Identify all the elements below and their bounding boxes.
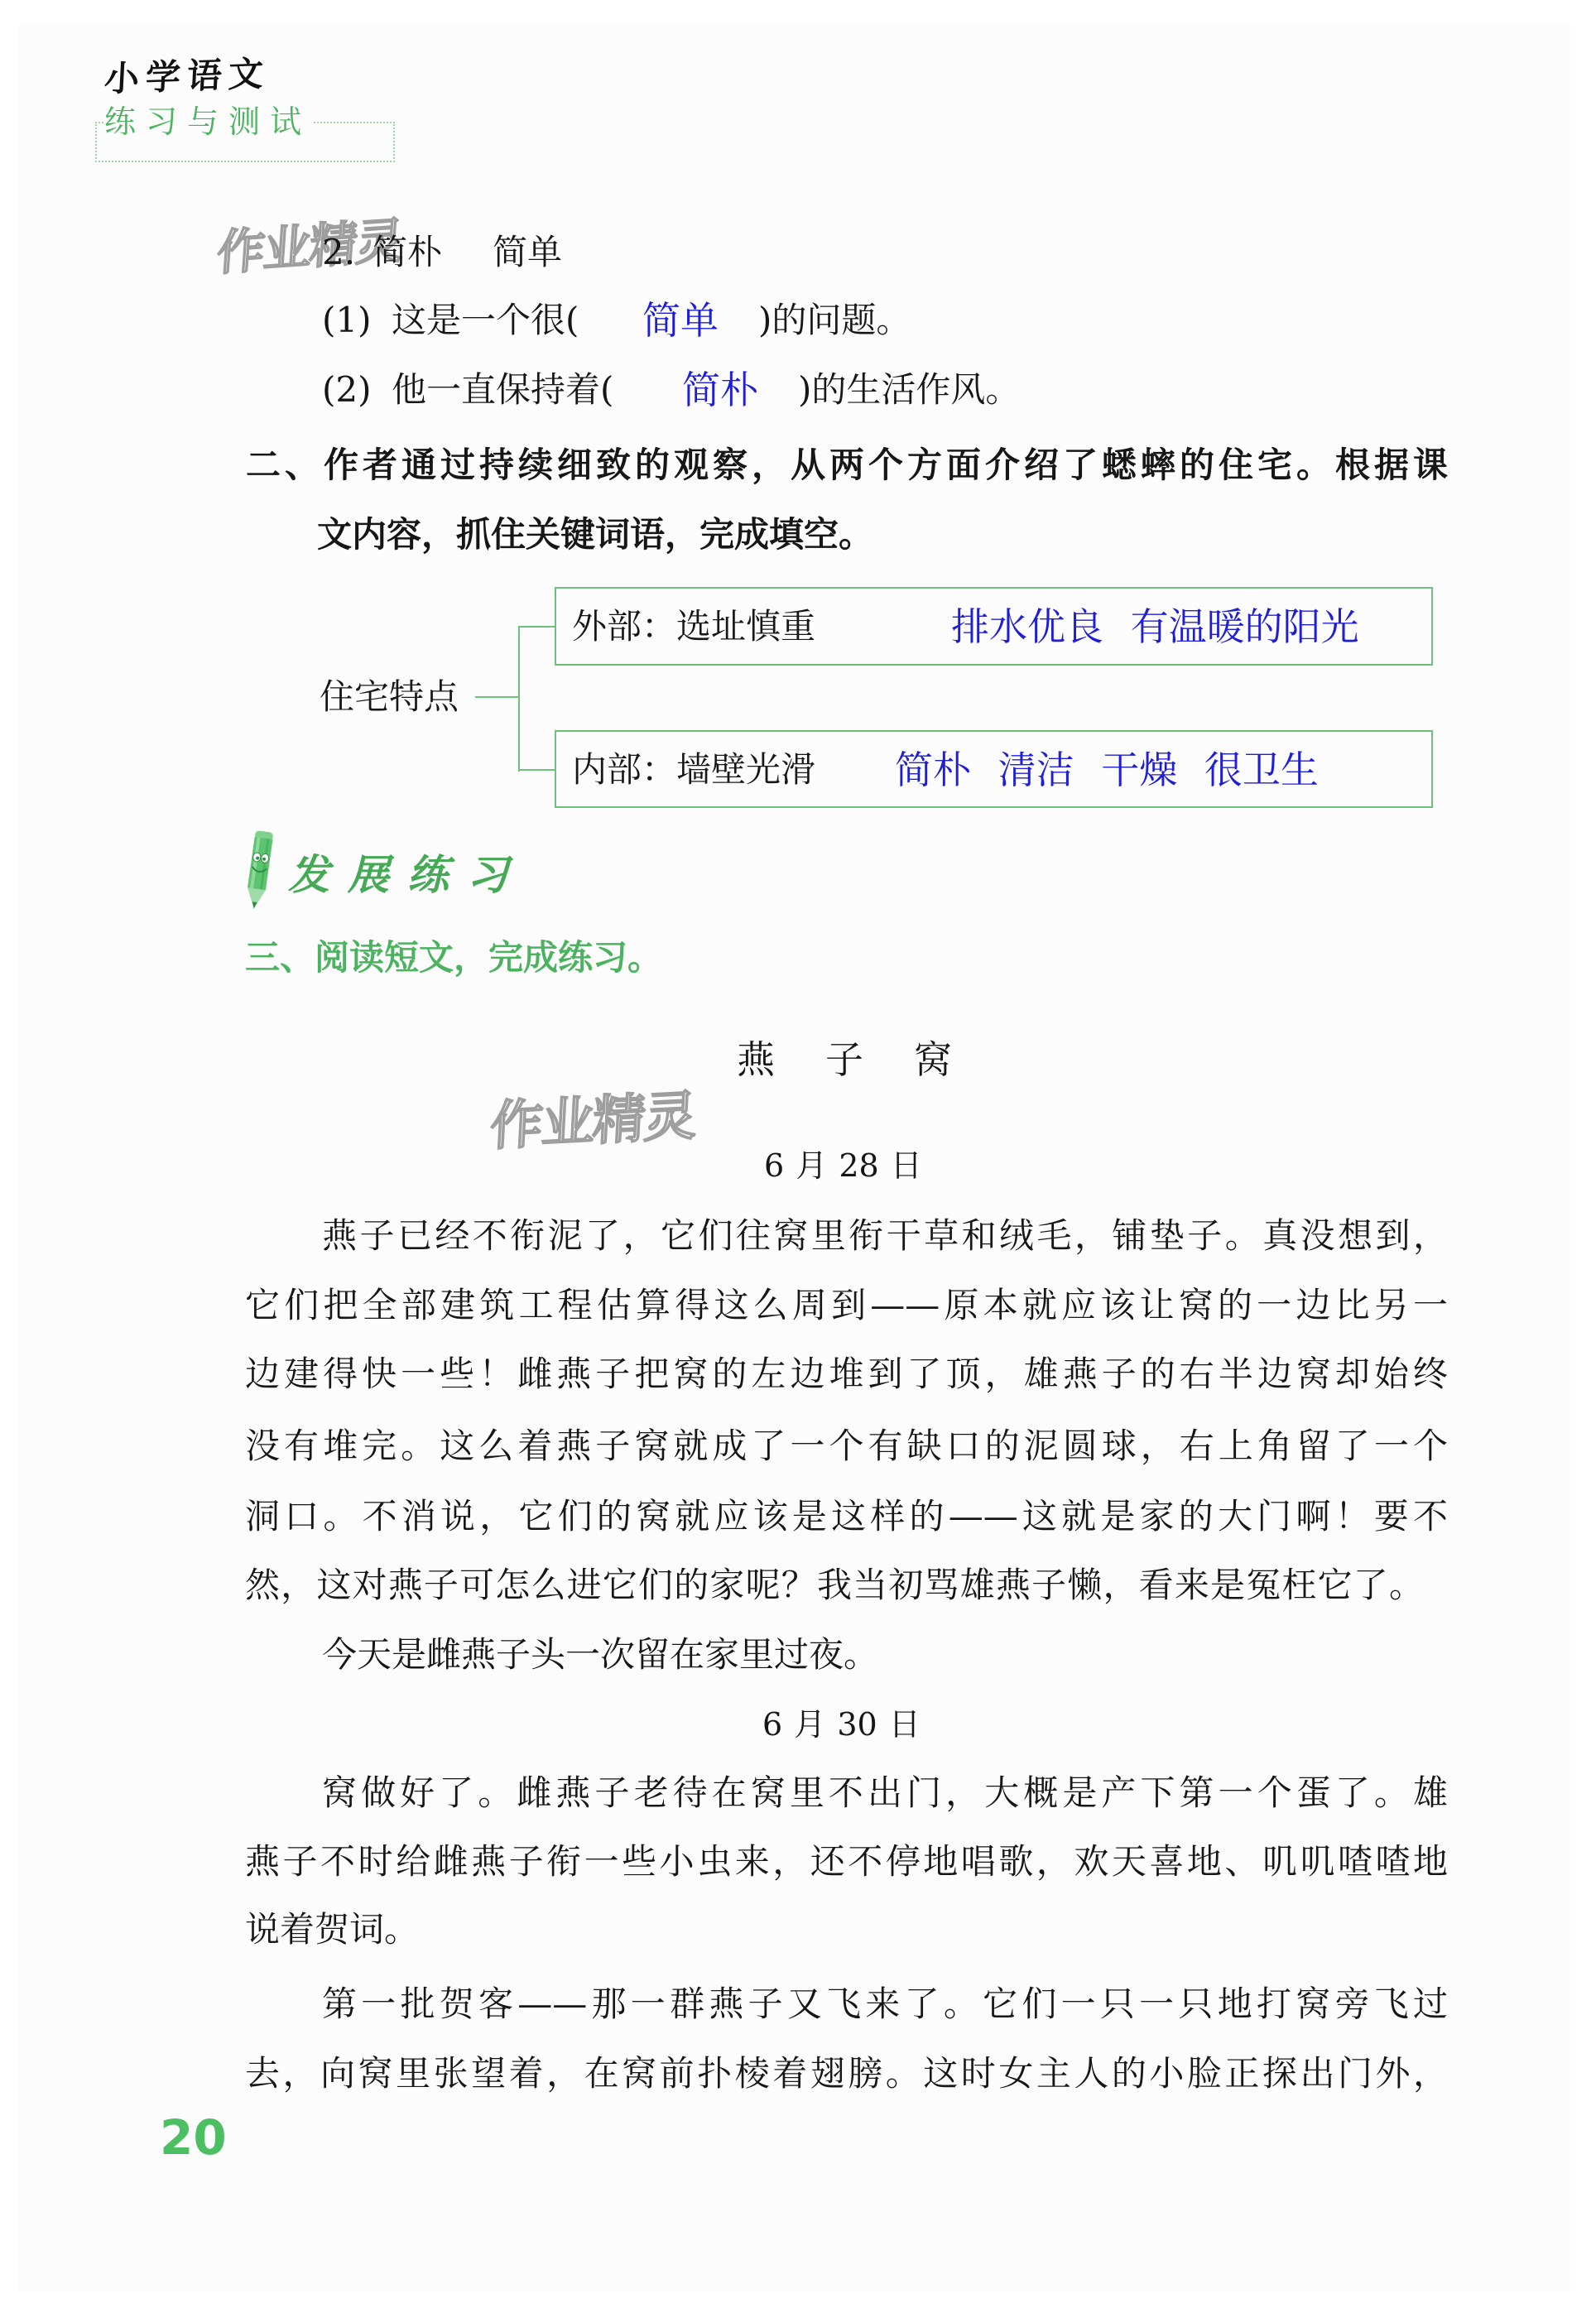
passage-line: 它们把全部建筑工程估算得这么周到——原本就应该让窝的一边比另一 xyxy=(245,1281,1448,1330)
word-option: 简单 xyxy=(493,228,562,277)
page-number: 20 xyxy=(160,2111,227,2164)
exterior-answer: 排水优良 有温暖的阳光 xyxy=(951,602,1359,652)
pencil-icon xyxy=(240,830,278,912)
passage-title: 燕子窝 xyxy=(737,1035,1002,1084)
sentence-text-after: )的问题。 xyxy=(758,296,911,345)
diagram-root-label: 住宅特点 xyxy=(320,672,459,722)
passage-line: 燕子已经不衔泥了，它们往窝里衔干草和绒毛，铺垫子。真没想到， xyxy=(322,1211,1448,1261)
section-2-prompt-line: 文内容，抓住关键词语，完成填空。 xyxy=(317,510,873,560)
interior-label: 内部：墙壁光滑 xyxy=(572,745,815,795)
sentence-text-before: 这是一个很( xyxy=(392,296,579,345)
answer-blank: 简朴 xyxy=(682,365,758,415)
passage-line: 没有堆完。这么着燕子窝就成了一个有缺口的泥圆球，右上角留了一个 xyxy=(245,1421,1448,1471)
sentence-text-before: 他一直保持着( xyxy=(392,365,613,415)
connector-line xyxy=(475,696,519,698)
item-number: 2. xyxy=(322,228,355,277)
passage-line: 第一批贺客——那一群燕子又飞来了。它们一只一只地打窝旁飞过 xyxy=(322,1979,1448,2029)
passage-line: 去，向窝里张望着，在窝前扑棱着翅膀。这时女主人的小脸正探出门外， xyxy=(245,2049,1448,2099)
word-option: 简朴 xyxy=(373,228,442,277)
connector-line xyxy=(518,626,555,628)
sentence-text-after: )的生活作风。 xyxy=(798,365,1020,415)
bracket-line xyxy=(518,626,520,772)
diary-date: 6 月 28 日 xyxy=(764,1141,922,1190)
watermark: 作业精灵 xyxy=(488,1080,697,1162)
passage-line: 燕子不时给雌燕子衔一些小虫来，还不停地唱歌，欢天喜地、叽叽喳喳地 xyxy=(245,1837,1448,1887)
development-practice-title: 发展练习 xyxy=(288,850,526,900)
interior-answer: 简朴 清洁 干燥 很卫生 xyxy=(895,745,1319,795)
passage-line: 说着贺词。 xyxy=(245,1905,419,1955)
sentence-number: (2) xyxy=(322,365,372,415)
book-series-title: 练习与测试 xyxy=(104,103,313,141)
passage-line: 洞口。不消说，它们的窝就应该是这样的——这就是家的大门啊！要不 xyxy=(245,1492,1448,1541)
answer-blank: 简单 xyxy=(642,296,719,345)
connector-line xyxy=(518,769,555,771)
passage-line: 边建得快一些！雌燕子把窝的左边堆到了顶，雄燕子的右半边窝却始终 xyxy=(245,1349,1448,1399)
passage-line: 然，这对燕子可怎么进它们的家呢？我当初骂雄燕子懒，看来是冤枉它了。 xyxy=(245,1560,1424,1610)
book-subject-title: 小学语文 xyxy=(103,52,272,101)
sentence-number: (1) xyxy=(322,296,372,345)
passage-line: 窝做好了。雌燕子老待在窝里不出门，大概是产下第一个蛋了。雄 xyxy=(322,1768,1448,1818)
exterior-label: 外部：选址慎重 xyxy=(572,602,815,652)
passage-line: 今天是雌燕子头一次留在家里过夜。 xyxy=(322,1630,878,1680)
section-3-instruction: 三、阅读短文，完成练习。 xyxy=(245,933,662,983)
diary-date: 6 月 30 日 xyxy=(762,1700,921,1749)
section-2-prompt-line: 二、作者通过持续细致的观察，从两个方面介绍了蟋蟀的住宅。根据课 xyxy=(246,440,1448,490)
